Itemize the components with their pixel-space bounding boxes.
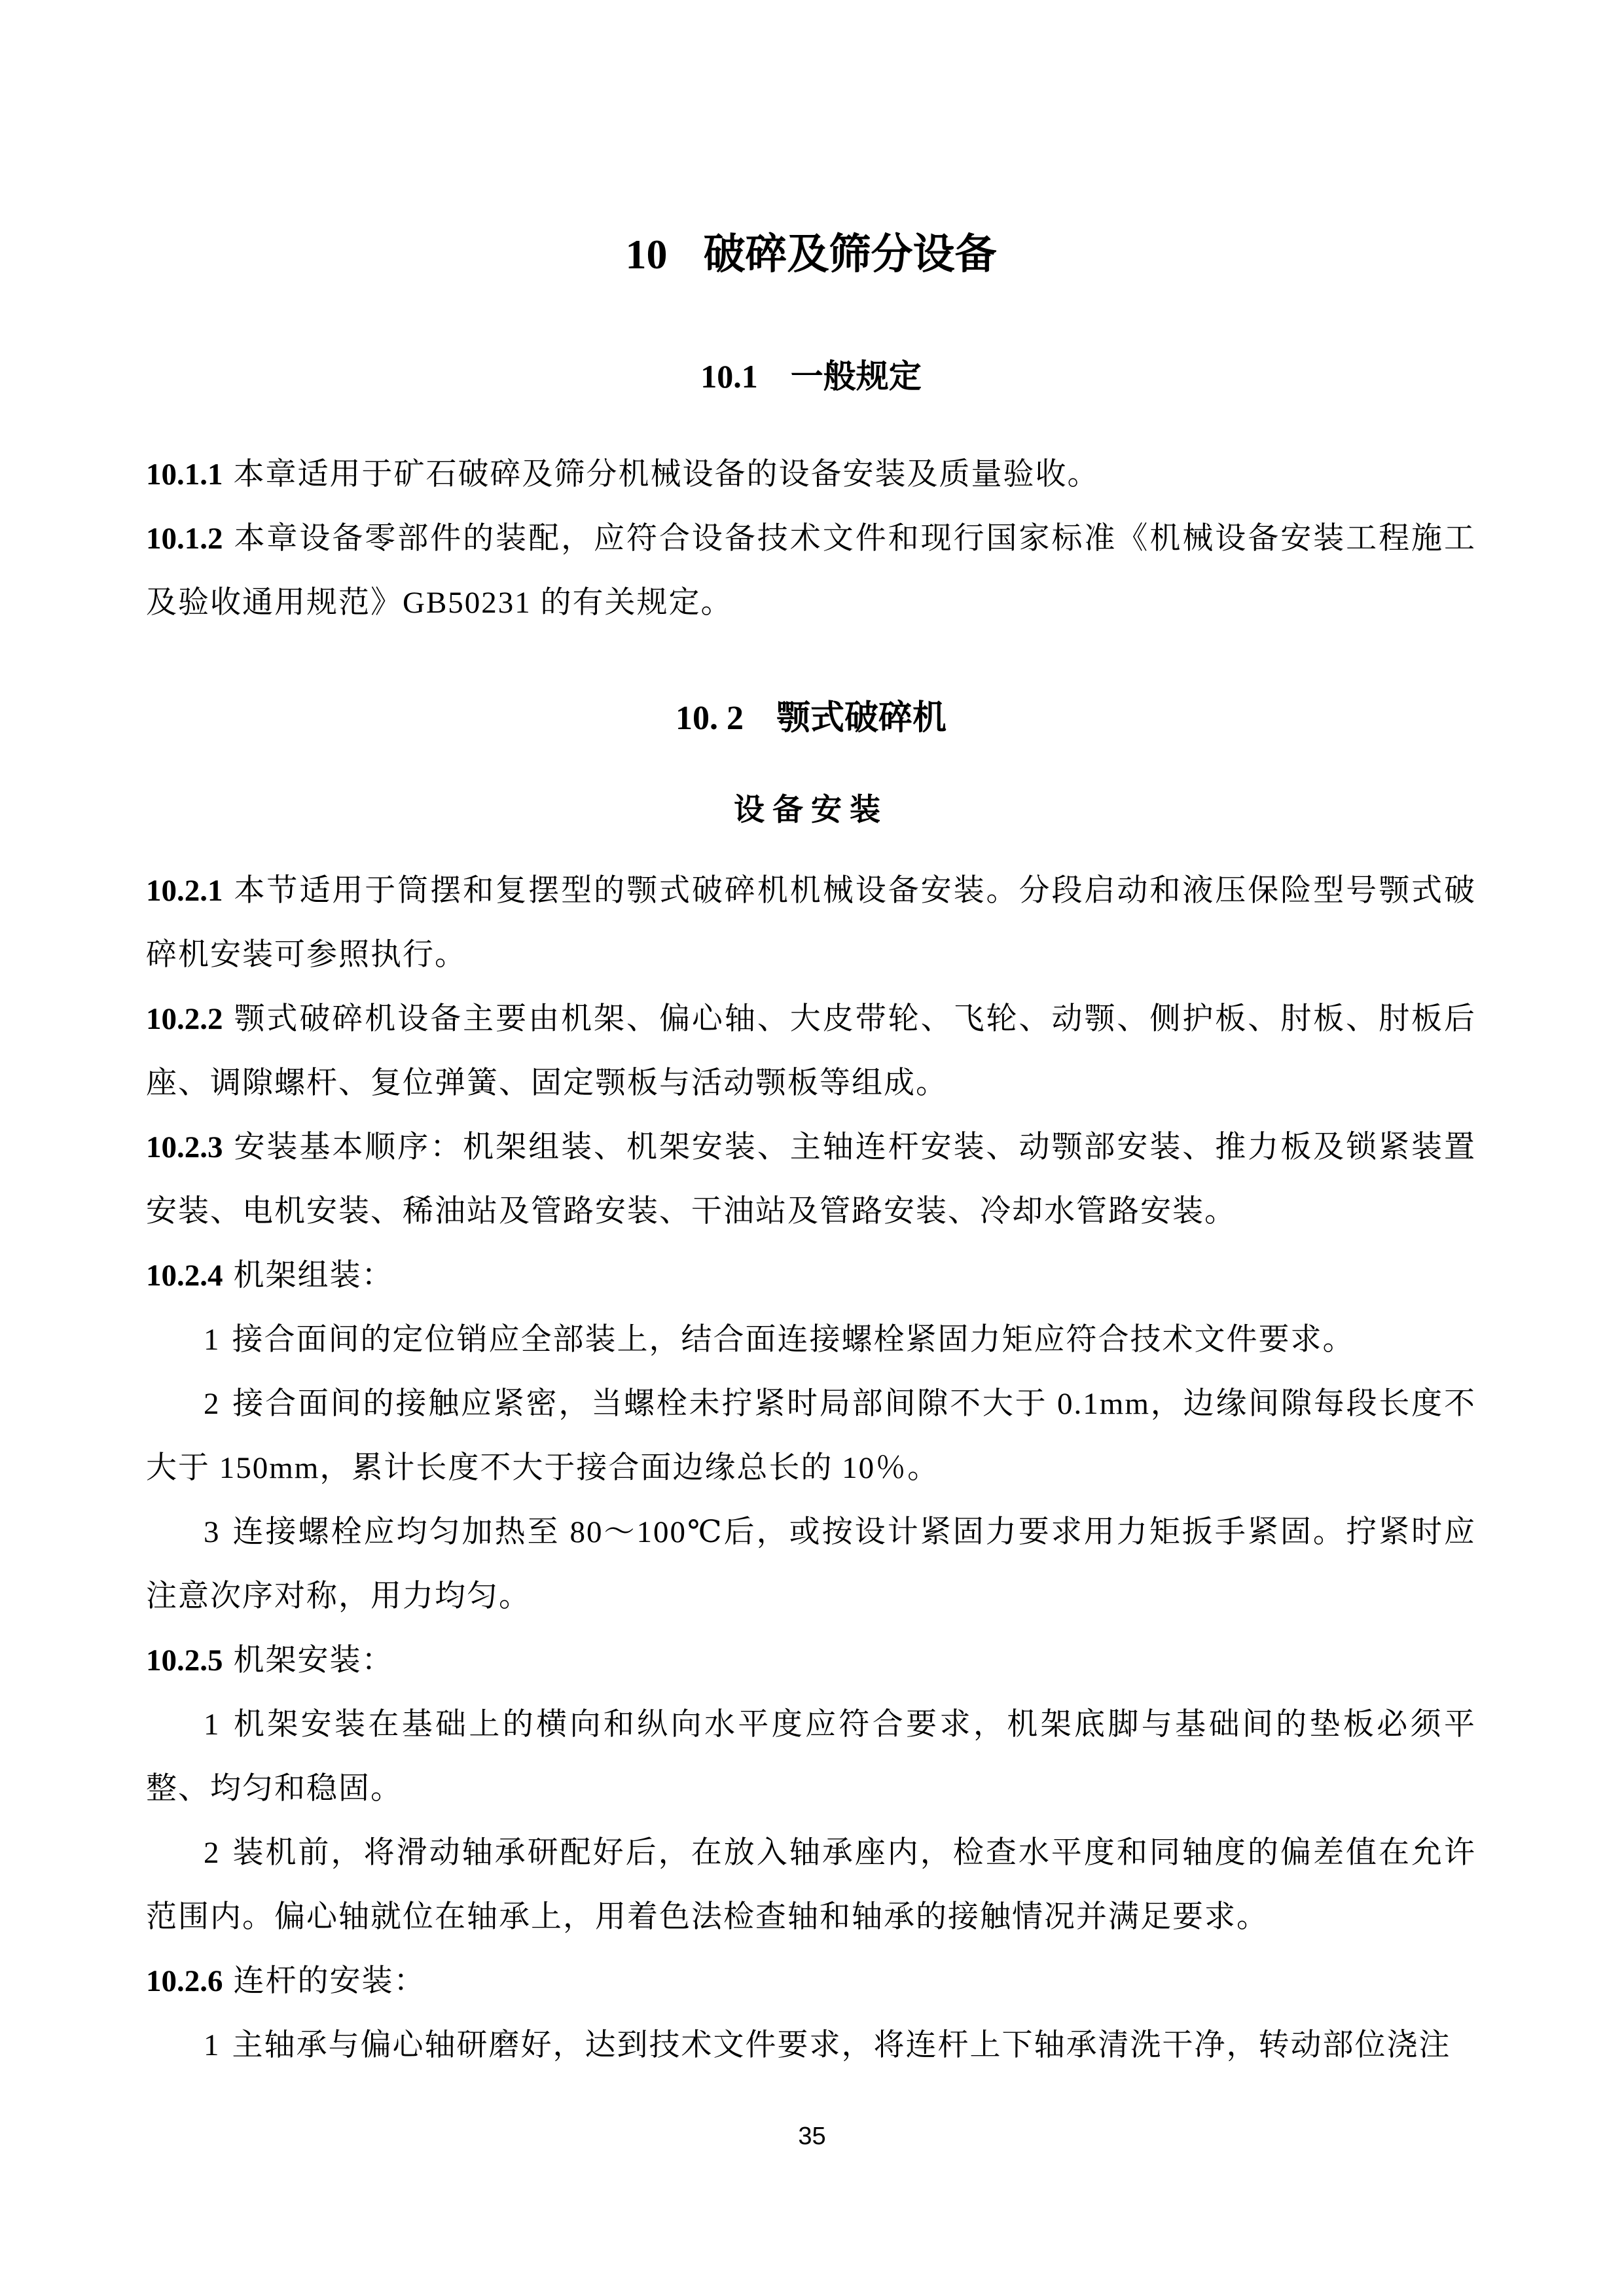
clause-10-2-6: 10.2.6连杆的安装： bbox=[146, 1949, 1476, 2013]
clause-text: 机架组装： bbox=[234, 1259, 394, 1293]
clause-10-2-4: 10.2.4机架组装： bbox=[146, 1244, 1476, 1308]
clause-text: 本章适用于矿石破碎及筛分机械设备的设备安装及质量验收。 bbox=[234, 457, 1100, 492]
item-text: 装机前，将滑动轴承研配好后，在放入轴承座内，检查水平度和同轴度的偏差值在允许范围… bbox=[146, 1836, 1476, 1934]
clause-text: 机架安装： bbox=[234, 1643, 394, 1677]
section-10-1-title: 一般规定 bbox=[791, 358, 922, 395]
item-number: 2 bbox=[204, 1387, 219, 1421]
clause-number: 10.1.1 bbox=[146, 457, 223, 492]
clause-text: 颚式破碎机设备主要由机架、偏心轴、大皮带轮、飞轮、动颚、侧护板、肘板、肘板后座、… bbox=[146, 1002, 1476, 1100]
clause-number: 10.2.4 bbox=[146, 1259, 223, 1293]
document-page: 10破碎及筛分设备 10.1一般规定 10.1.1本章适用于矿石破碎及筛分机械设… bbox=[0, 0, 1624, 2296]
section-10-1-number: 10.1 bbox=[700, 358, 758, 395]
clause-number: 10.1.2 bbox=[146, 522, 223, 556]
clause-10-2-5-item-1: 1机架安装在基础上的横向和纵向水平度应符合要求，机架底脚与基础间的垫板必须平整、… bbox=[146, 1693, 1476, 1821]
section-heading-10-2: 10. 2颚式破碎机 bbox=[146, 698, 1476, 739]
item-text: 主轴承与偏心轴研磨好，达到技术文件要求，将连杆上下轴承清洗干净，转动部位浇注 bbox=[232, 2028, 1451, 2062]
clause-10-2-1: 10.2.1本节适用于筒摆和复摆型的颚式破碎机机械设备安装。分段启动和液压保险型… bbox=[146, 859, 1476, 987]
clause-10-2-5: 10.2.5机架安装： bbox=[146, 1628, 1476, 1693]
item-number: 3 bbox=[204, 1515, 219, 1549]
clause-number: 10.2.5 bbox=[146, 1643, 223, 1677]
clause-10-2-5-item-2: 2装机前，将滑动轴承研配好后，在放入轴承座内，检查水平度和同轴度的偏差值在允许范… bbox=[146, 1821, 1476, 1949]
clause-10-2-4-item-3: 3连接螺栓应均匀加热至 80～100℃后，或按设计紧固力要求用力矩扳手紧固。拧紧… bbox=[146, 1500, 1476, 1628]
clause-text: 连杆的安装： bbox=[234, 1964, 426, 1998]
item-number: 1 bbox=[204, 1323, 219, 1357]
page-number: 35 bbox=[0, 2121, 1624, 2152]
clause-10-2-4-item-2: 2接合面间的接触应紧密，当螺栓未拧紧时局部间隙不大于 0.1mm，边缘间隙每段长… bbox=[146, 1372, 1476, 1500]
item-number: 2 bbox=[204, 1836, 219, 1870]
clause-text: 安装基本顺序：机架组装、机架安装、主轴连杆安装、动颚部安装、推力板及锁紧装置安装… bbox=[146, 1130, 1476, 1229]
section-10-2-title: 颚式破碎机 bbox=[776, 699, 947, 737]
clause-number: 10.2.1 bbox=[146, 874, 223, 908]
clause-10-2-6-item-1: 1主轴承与偏心轴研磨好，达到技术文件要求，将连杆上下轴承清洗干净，转动部位浇注 bbox=[146, 2013, 1476, 2077]
item-text: 机架安装在基础上的横向和纵向水平度应符合要求，机架底脚与基础间的垫板必须平整、均… bbox=[146, 1708, 1476, 1806]
clause-number: 10.2.3 bbox=[146, 1130, 223, 1164]
item-text: 接合面间的接触应紧密，当螺栓未拧紧时局部间隙不大于 0.1mm，边缘间隙每段长度… bbox=[146, 1387, 1476, 1485]
clause-text: 本节适用于筒摆和复摆型的颚式破碎机机械设备安装。分段启动和液压保险型号颚式破碎机… bbox=[146, 874, 1476, 972]
subsection-heading-equipment-installation: 设备安装 bbox=[146, 790, 1476, 829]
item-text: 连接螺栓应均匀加热至 80～100℃后，或按设计紧固力要求用力矩扳手紧固。拧紧时… bbox=[146, 1515, 1476, 1613]
clause-text: 本章设备零部件的装配，应符合设备技术文件和现行国家标准《机械设备安装工程施工及验… bbox=[146, 522, 1476, 620]
clause-10-2-3: 10.2.3安装基本顺序：机架组装、机架安装、主轴连杆安装、动颚部安装、推力板及… bbox=[146, 1115, 1476, 1244]
clause-number: 10.2.6 bbox=[146, 1964, 223, 1998]
clause-10-2-2: 10.2.2颚式破碎机设备主要由机架、偏心轴、大皮带轮、飞轮、动颚、侧护板、肘板… bbox=[146, 987, 1476, 1115]
section-heading-10-1: 10.1一般规定 bbox=[146, 356, 1476, 397]
clause-10-2-4-item-1: 1接合面间的定位销应全部装上，结合面连接螺栓紧固力矩应符合技术文件要求。 bbox=[146, 1308, 1476, 1372]
clause-10-1-2: 10.1.2本章设备零部件的装配，应符合设备技术文件和现行国家标准《机械设备安装… bbox=[146, 507, 1476, 635]
section-10-2-number: 10. 2 bbox=[676, 700, 744, 737]
clause-10-1-1: 10.1.1本章适用于矿石破碎及筛分机械设备的设备安装及质量验收。 bbox=[146, 442, 1476, 507]
page-content: 10破碎及筛分设备 10.1一般规定 10.1.1本章适用于矿石破碎及筛分机械设… bbox=[146, 0, 1476, 2077]
chapter-heading: 10破碎及筛分设备 bbox=[146, 228, 1476, 281]
chapter-title: 破碎及筛分设备 bbox=[704, 230, 997, 278]
item-number: 1 bbox=[204, 2028, 219, 2062]
item-text: 接合面间的定位销应全部装上，结合面连接螺栓紧固力矩应符合技术文件要求。 bbox=[232, 1323, 1355, 1357]
clause-number: 10.2.2 bbox=[146, 1002, 223, 1036]
chapter-number: 10 bbox=[626, 231, 668, 278]
item-number: 1 bbox=[204, 1708, 219, 1742]
